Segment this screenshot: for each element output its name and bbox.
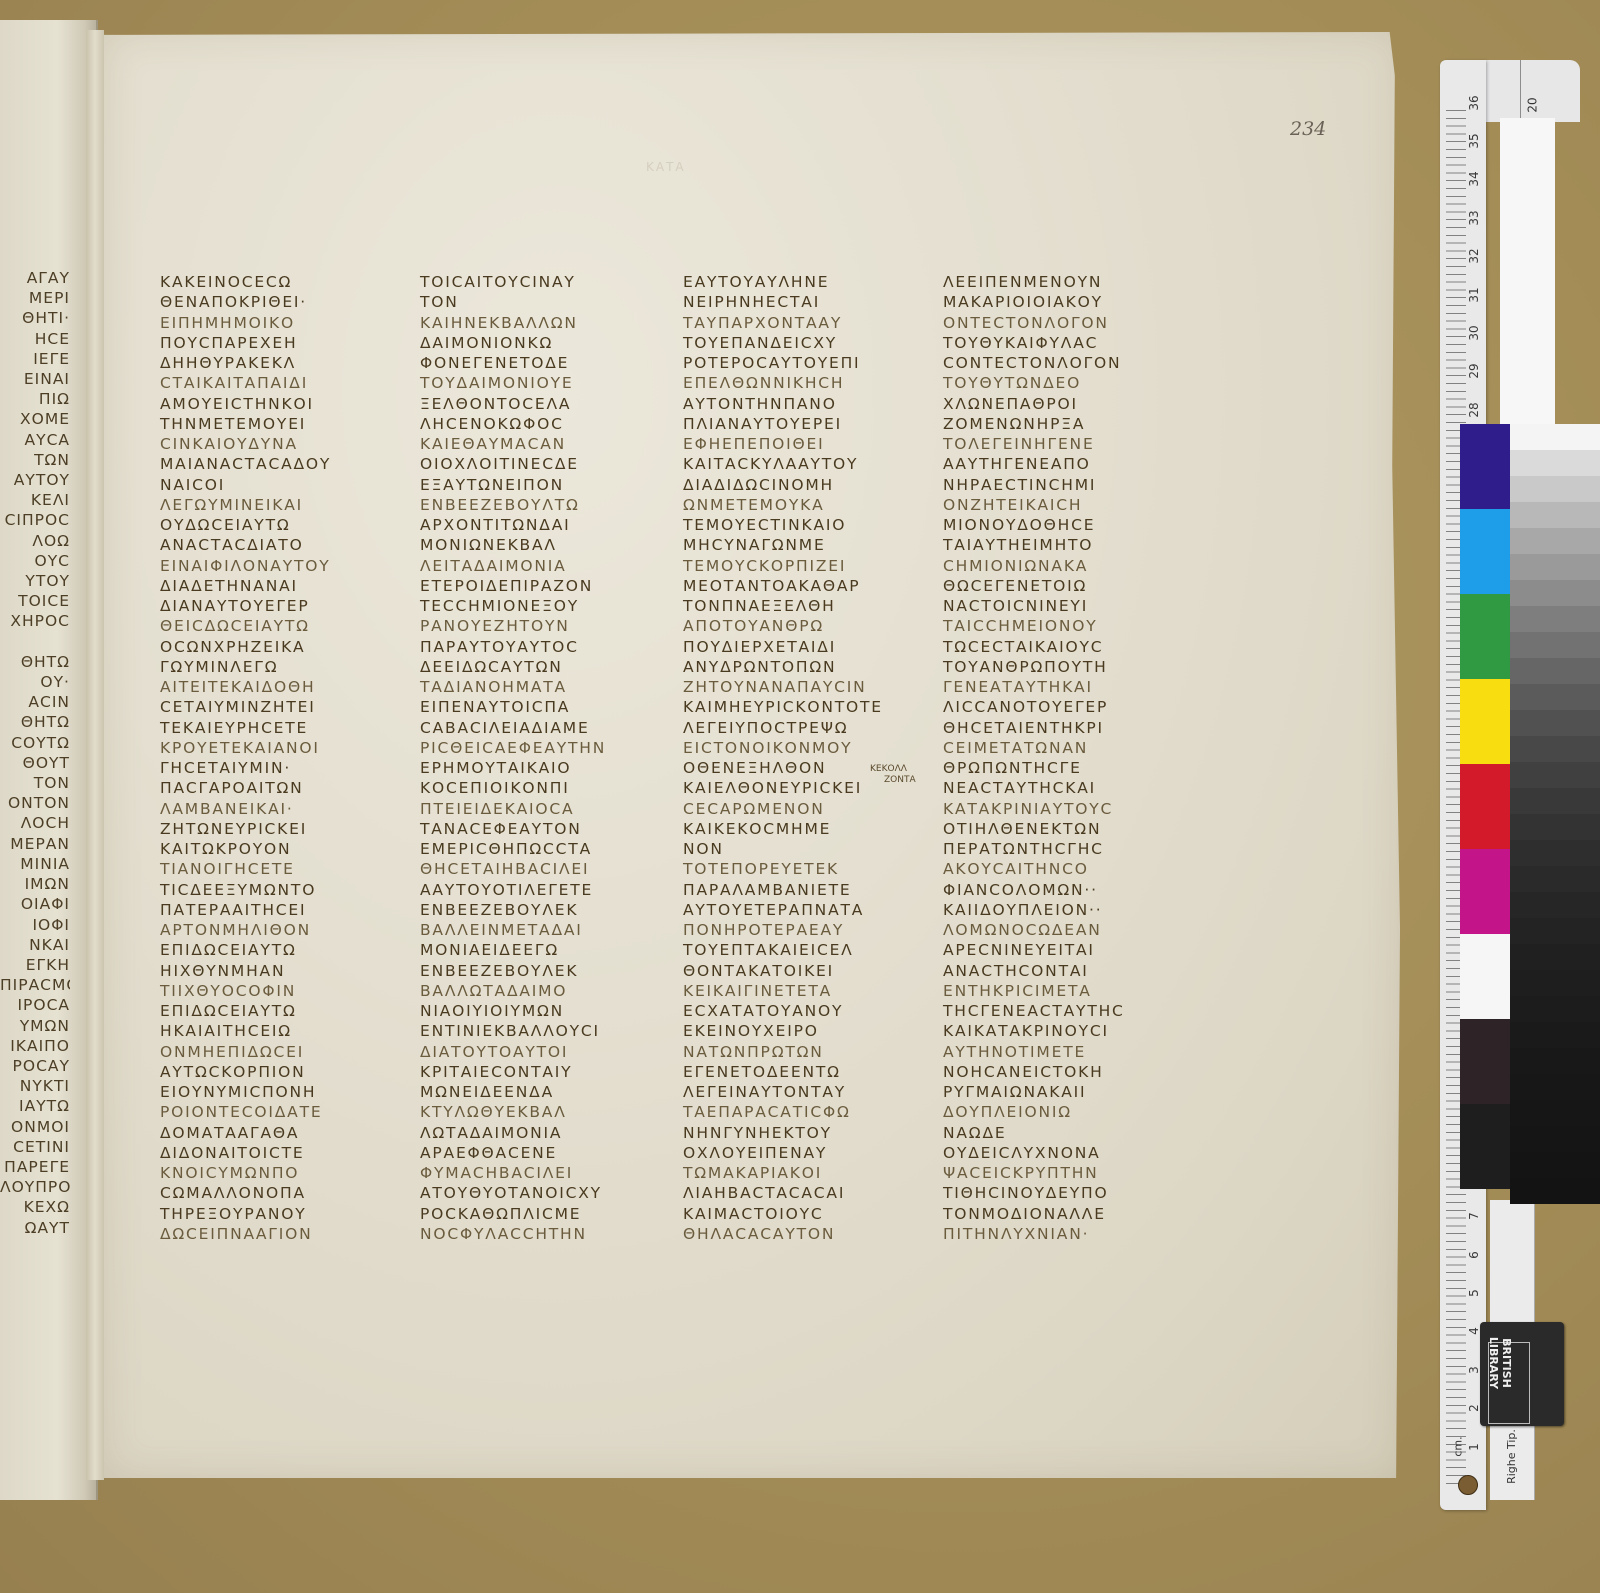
gray-step	[1510, 1022, 1600, 1048]
left-folio-line: ΛΟΩ	[0, 531, 70, 551]
gray-step	[1510, 632, 1600, 658]
gray-step	[1510, 1100, 1600, 1126]
text-column-3: ΕΑΥΤΟΥΑΥΛΗΝΕΝΕΙΡΗΝΗΕCΤΑΙΤΑΥΠΑΡΧΟΝΤΑΑΥΤΟΥ…	[683, 272, 923, 1244]
manuscript-line: ΟΧΛΟΥΕΙΠΕΝΑΥ	[683, 1143, 923, 1163]
ruler-corner-label: 20	[1526, 97, 1540, 112]
color-swatch-black	[1460, 1104, 1515, 1189]
manuscript-line: ΟCΩΝΧΡΗΖΕΙΚΑ	[160, 637, 400, 657]
manuscript-line: ΤΟΝΜΟΔΙΟΝΑΛΛΕ	[943, 1204, 1183, 1224]
manuscript-line: ΝΑCΤΟΙCΝΙΝΕΥΙ	[943, 596, 1183, 616]
left-folio-line: ΑΓΑΥ	[0, 268, 70, 288]
manuscript-line: ΠΕΡΑΤΩΝΤΗCΓΗC	[943, 839, 1183, 859]
text-column-4: ΛΕΕΙΠΕΝΜΕΝΟΥΝΜΑΚΑΡΙΟΙΟΙΑΚΟΥΟΝΤΕCΤΟΝΛΟΓΟΝ…	[943, 272, 1183, 1244]
manuscript-line: CΑΒΑCΙΛΕΙΑΔΙΑΜΕ	[420, 718, 660, 738]
manuscript-line: ΑΥΤΟΝΤΗΝΠΑΝΟ	[683, 394, 923, 414]
manuscript-line: ΑΑΥΤΗΓΕΝΕΑΠΟ	[943, 454, 1183, 474]
manuscript-line: ΤΑΕΠΑΡΑCΑΤΙCΦΩ	[683, 1102, 923, 1122]
manuscript-line: ΔΩCΕΙΠΝΑΑΓΙΟΝ	[160, 1224, 400, 1244]
manuscript-line: ΕΙCΤΟΝΟΙΚΟΝΜΟΥ	[683, 738, 923, 758]
manuscript-line: ΚΑΙΜΑCΤΟΙΟΥC	[683, 1204, 923, 1224]
left-folio-line: CΕΤΙΝΙ	[0, 1137, 70, 1157]
manuscript-line: ΤΕCCΗΜΙΟΝΕΞΟΥ	[420, 596, 660, 616]
left-folio-line: ΛΟΥΠΡΟ	[0, 1177, 70, 1197]
manuscript-line: ΠΑΡΑΛΑΜΒΑΝΙΕΤΕ	[683, 880, 923, 900]
righe-tip-label: Righe Tip.	[1505, 1429, 1518, 1484]
manuscript-line: ΕΑΥΤΟΥΑΥΛΗΝΕ	[683, 272, 923, 292]
left-folio-line: COΥΤΩ	[0, 733, 70, 753]
left-folio-line: ΠΙΩ	[0, 389, 70, 409]
margin-note-line-1: ΚΕΚΟΛΛ	[870, 764, 907, 774]
manuscript-line: ΝΟCΦΥΛΑCCΗΤΗΝ	[420, 1224, 660, 1244]
manuscript-line: ΤΟΥΘΥΚΑΙΦΥΛΑC	[943, 333, 1183, 353]
manuscript-line: ΕΙΝΑΙΦΙΛΟΝΑΥΤΟΥ	[160, 556, 400, 576]
gray-step	[1510, 944, 1600, 970]
left-folio-line: ΚΕΛΙ	[0, 490, 70, 510]
ruler-cm-label: 28	[1467, 400, 1481, 420]
left-folio-line	[0, 632, 70, 652]
ruler-cm-label: 3	[1467, 1360, 1481, 1380]
left-folio-line: ΥΤΟΥ	[0, 571, 70, 591]
manuscript-line: ΟΥΔΩCΕΙΑΥΤΩ	[160, 515, 400, 535]
left-folio-line: ΙΟΦΙ	[0, 915, 70, 935]
manuscript-line: ΔΙΔΟΝΑΙΤΟΙCΤΕ	[160, 1143, 400, 1163]
gray-step	[1510, 970, 1600, 996]
ruler-top-divider: 20	[1520, 60, 1579, 122]
gray-step	[1510, 736, 1600, 762]
left-folio-line: ΟΥ·	[0, 672, 70, 692]
manuscript-line: ΤΙΑΝΟΙΓΗCΕΤΕ	[160, 859, 400, 879]
left-folio-line: ΧΟΜΕ	[0, 409, 70, 429]
manuscript-line: ΛΙCCΑΝΟΤΟΥΕΓΕΡ	[943, 697, 1183, 717]
manuscript-line: ΕΙΟΥΝΥΜΙCΠΟΝΗ	[160, 1082, 400, 1102]
manuscript-line: ΘΕΝΑΠΟΚΡΙΘΕΙ·	[160, 292, 400, 312]
manuscript-line: ΕΤΕΡΟΙΔΕΠΙΡΑΖΟΝ	[420, 576, 660, 596]
manuscript-line: ΑΙΤΕΙΤΕΚΑΙΔΟΘΗ	[160, 677, 400, 697]
manuscript-line: ΔΟΜΑΤΑΑΓΑΘΑ	[160, 1123, 400, 1143]
color-swatch-blue-violet	[1460, 424, 1515, 509]
manuscript-line: ΖΗΤΩΝΕΥΡΙCΚΕΙ	[160, 819, 400, 839]
manuscript-line: ΡΥΓΜΑΙΩΝΑΚΑΙΙ	[943, 1082, 1183, 1102]
manuscript-line: ΛΕΓΩΥΜΙΝΕΙΚΑΙ	[160, 495, 400, 515]
manuscript-line: ΚΑΙΤΑCΚΥΛΑΑΥΤΟΥ	[683, 454, 923, 474]
manuscript-line: ΤΩΜΑΚΑΡΙΑΚΟΙ	[683, 1163, 923, 1183]
manuscript-line: ΘΗCΕΤΑΙΗΒΑCΙΛΕΙ	[420, 859, 660, 879]
gray-step	[1510, 502, 1600, 528]
manuscript-line: ΡΟΤΕΡΟCΑΥΤΟΥΕΠΙ	[683, 353, 923, 373]
manuscript-line: CΟΝΤΕCΤΟΝΛΟΓΟΝ	[943, 353, 1183, 373]
manuscript-line: ΤΟΝ	[420, 292, 660, 312]
gray-step	[1510, 606, 1600, 632]
gray-step	[1510, 918, 1600, 944]
manuscript-line: ΛΕΓΕΙΝΑΥΤΟΝΤΑΥ	[683, 1082, 923, 1102]
left-folio-line: ΙΜΩΝ	[0, 874, 70, 894]
manuscript-line: ΠΟΥΔΙΕΡΧΕΤΑΙΔΙ	[683, 637, 923, 657]
left-folio-line: ΜΕΡΑΝ	[0, 834, 70, 854]
manuscript-line: ΝΟΗCΑΝΕΙCΤΟΚΗ	[943, 1062, 1183, 1082]
manuscript-line: ΕΝΤΗΚΡΙCΙΜΕΤΑ	[943, 981, 1183, 1001]
manuscript-line: ΜΟΝΙΩΝΕΚΒΑΛ	[420, 535, 660, 555]
left-folio-line: ΚΕΧΩ	[0, 1197, 70, 1217]
manuscript-line: ΚΕΙΚΑΙΓΙΝΕΤΕΤΑ	[683, 981, 923, 1001]
left-folio-line: ΩΑΥΤ	[0, 1218, 70, 1238]
manuscript-line: CΕΤΑΙΥΜΙΝΖΗΤΕΙ	[160, 697, 400, 717]
left-folio-line: ΠΙΡΑCΜΟ	[0, 975, 70, 995]
left-folio-line: ΑΥCΑ	[0, 430, 70, 450]
manuscript-line: ΖΗΤΟΥΝΑΝΑΠΑΥCΙΝ	[683, 677, 923, 697]
text-column-1: ΚΑΚΕΙΝΟCΕCΩΘΕΝΑΠΟΚΡΙΘΕΙ·ΕΙΠΗΜΗΜΟΙΚΟΠΟΥCΠ…	[160, 272, 400, 1244]
manuscript-line: ΤΑΙCCΗΜΕΙΟΝΟΥ	[943, 616, 1183, 636]
manuscript-line: ΤΕΚΑΙΕΥΡΗCΕΤΕ	[160, 718, 400, 738]
left-folio-line: ΗCΕ	[0, 329, 70, 349]
left-folio-line: ΟΙΑΦΙ	[0, 894, 70, 914]
manuscript-line: ΠΛΙΑΝΑΥΤΟΥΕΡΕΙ	[683, 414, 923, 434]
manuscript-line: CΕΙΜΕΤΑΤΩΝΑΝ	[943, 738, 1183, 758]
manuscript-line: ΚΑΙΕΘΑΥΜΑCΑΝ	[420, 434, 660, 454]
manuscript-line: ΛΕΕΙΠΕΝΜΕΝΟΥΝ	[943, 272, 1183, 292]
manuscript-line: ΦΟΝΕΓΕΝΕΤΟΔΕ	[420, 353, 660, 373]
ruler-cm-label: 29	[1467, 361, 1481, 381]
manuscript-line: ΚΝΟΙCΥΜΩΝΠΟ	[160, 1163, 400, 1183]
manuscript-line: ΜΗCΥΝΑΓΩΝΜΕ	[683, 535, 923, 555]
gray-step	[1510, 424, 1600, 450]
manuscript-line: ΟΝΤΕCΤΟΝΛΟΓΟΝ	[943, 313, 1183, 333]
manuscript-line: ΤΩCΕCΤΑΙΚΑΙΟΥC	[943, 637, 1183, 657]
manuscript-line: ΤΗΝΜΕΤΕΜΟΥΕΙ	[160, 414, 400, 434]
manuscript-line: ΘΟΝΤΑΚΑΤΟΙΚΕΙ	[683, 961, 923, 981]
left-folio-line: ΘΗΤΙ·	[0, 308, 70, 328]
left-folio-line: ΕΓΚΗ	[0, 955, 70, 975]
manuscript-line: ΕΡΗΜΟΥΤΑΙΚΑΙΟ	[420, 758, 660, 778]
manuscript-line: ΤΟΥΑΝΘΡΩΠΟΥΤΗ	[943, 657, 1183, 677]
gray-step	[1510, 1048, 1600, 1074]
manuscript-line: ΚΑΙΚΑΤΑΚΡΙΝΟΥCΙ	[943, 1021, 1183, 1041]
gray-step	[1510, 658, 1600, 684]
ruler-unit-label: cm.	[1452, 1436, 1465, 1456]
manuscript-line: ΠΟΝΗΡΟΤΕΡΑΕΑΥ	[683, 920, 923, 940]
manuscript-line: ΤΟΙCΑΙΤΟΥCΙΝΑΥ	[420, 272, 660, 292]
ruler-cm-label: 5	[1467, 1283, 1481, 1303]
manuscript-line: ΝΕΙΡΗΝΗΕCΤΑΙ	[683, 292, 923, 312]
manuscript-line: ΦΥΜΑCΗΒΑCΙΛΕΙ	[420, 1163, 660, 1183]
manuscript-line: ΔΙΑΤΟΥΤΟΑΥΤΟΙ	[420, 1042, 660, 1062]
left-folio-line: ΜΙΝΙΑ	[0, 854, 70, 874]
manuscript-line: ΤΟΛΕΓΕΙΝΗΓΕΝΕ	[943, 434, 1183, 454]
left-folio-line: ΙΑΥΤΩ	[0, 1096, 70, 1116]
left-folio-line: ΙΕΓΕ	[0, 349, 70, 369]
manuscript-line: ΜΑΙΑΝΑCΤΑCΑΔΟΥ	[160, 454, 400, 474]
left-folio-line: ΡΟCΑΥ	[0, 1056, 70, 1076]
manuscript-line: ΛΩΤΑΔΑΙΜΟΝΙΑ	[420, 1123, 660, 1143]
manuscript-line: ΕΙΠΗΜΗΜΟΙΚΟ	[160, 313, 400, 333]
folio-number: 234	[1290, 118, 1326, 140]
ruler-cm-label: 6	[1467, 1245, 1481, 1265]
manuscript-line: ΟΤΙΗΛΘΕΝΕΚΤΩΝ	[943, 819, 1183, 839]
gray-step	[1510, 450, 1600, 476]
manuscript-line: ΤΙΙΧΘΥΟCΟΦΙΝ	[160, 981, 400, 1001]
color-swatch-red	[1460, 764, 1515, 849]
manuscript-line: ΕΝΒΕΕΖΕΒΟΥΛΤΩ	[420, 495, 660, 515]
gray-step	[1510, 580, 1600, 606]
manuscript-line: ΛΕΓΕΙΥΠΟCΤΡΕΨΩ	[683, 718, 923, 738]
manuscript-line: ΕΠΕΛΘΩΝΝΙΚΗCΗ	[683, 373, 923, 393]
manuscript-line: ΞΕΛΘΟΝΤΟCΕΛΑ	[420, 394, 660, 414]
manuscript-line: CΩΜΑΛΛΟΝΟΠΑ	[160, 1183, 400, 1203]
manuscript-line: ΕΙΠΕΝΑΥΤΟΙCΠΑ	[420, 697, 660, 717]
gray-step	[1510, 866, 1600, 892]
manuscript-line: ΔΗΗΘΥΡΑΚΕΚΛ	[160, 353, 400, 373]
margin-note-line-2: ΖΟΝΤΑ	[870, 775, 916, 785]
manuscript-line: ΡΙCΘΕΙCΑΕΦΕΑΥΤΗΝ	[420, 738, 660, 758]
manuscript-line: ΑΜΟΥΕΙCΤΗΝΚΟΙ	[160, 394, 400, 414]
manuscript-line: ΘΩCΕΓΕΝΕΤΟΙΩ	[943, 576, 1183, 596]
manuscript-line: ΗΙΧΘΥΝΜΗΑΝ	[160, 961, 400, 981]
manuscript-line: ΘΕΙCΔΩCΕΙΑΥΤΩ	[160, 616, 400, 636]
manuscript-line: ΑΚΟΥCΑΙΤΗΝCΟ	[943, 859, 1183, 879]
binding-edge	[86, 30, 104, 1480]
left-folio-line: ΠΑΡΕΓΕ	[0, 1157, 70, 1177]
color-swatch-yellow	[1460, 679, 1515, 764]
left-folio-line: ΙΚΑΙΠΟ	[0, 1036, 70, 1056]
left-folio-line: ΜΕΡΙ	[0, 288, 70, 308]
manuscript-line: ΩΝΜΕΤΕΜΟΥΚΑ	[683, 495, 923, 515]
gray-step	[1510, 1074, 1600, 1100]
manuscript-line: ΑΥΤΗΝΟΤΙΜΕΤΕ	[943, 1042, 1183, 1062]
manuscript-line: ΑΡΑΕΦΘΑCΕΝΕ	[420, 1143, 660, 1163]
manuscript-line: ΜΑΚΑΡΙΟΙΟΙΑΚΟΥ	[943, 292, 1183, 312]
manuscript-line: ΑΡΤΟΝΜΗΛΙΘΟΝ	[160, 920, 400, 940]
left-folio-line: ΤΟΝ	[0, 773, 70, 793]
manuscript-line: CΗΜΙΟΝΙΩΝΑΚΑ	[943, 556, 1183, 576]
gray-step	[1510, 684, 1600, 710]
gray-step	[1510, 788, 1600, 814]
manuscript-line: ΝΗΡΑΕCΤΙΝCΗΜΙ	[943, 475, 1183, 495]
manuscript-line: ΕΝΤΙΝΙΕΚΒΑΛΛΟΥCΙ	[420, 1021, 660, 1041]
ruler-cm-label: 36	[1467, 93, 1481, 113]
manuscript-line: ΠΑΤΕΡΑΑΙΤΗCΕΙ	[160, 900, 400, 920]
manuscript-line: ΠΙΤΗΝΛΥΧΝΙΑΝ·	[943, 1224, 1183, 1244]
ruler-cm-label: 30	[1467, 323, 1481, 343]
manuscript-line: ΕΜΕΡΙCΘΗΠΩCCΤΑ	[420, 839, 660, 859]
gray-step	[1510, 710, 1600, 736]
manuscript-line: ΤΕΜΟΥCΚΟΡΠΙΖΕΙ	[683, 556, 923, 576]
manuscript-line: ΛΕΙΤΑΔΑΙΜΟΝΙΑ	[420, 556, 660, 576]
manuscript-line: ΜΟΝΙΑΕΙΔΕΕΓΩ	[420, 940, 660, 960]
manuscript-line: ΓΩΥΜΙΝΛΕΓΩ	[160, 657, 400, 677]
ruler-cm-label: 33	[1467, 208, 1481, 228]
manuscript-line: ΡΟΙΟΝΤΕCΟΙΔΑΤΕ	[160, 1102, 400, 1122]
manuscript-line: ΠΑCΓΑΡΟΑΙΤΩΝ	[160, 778, 400, 798]
ruler-cm-label: 31	[1467, 285, 1481, 305]
manuscript-line: ΠΤΕΙΕΙΔΕΚΑΙΟCΑ	[420, 799, 660, 819]
color-swatch-magenta	[1460, 849, 1515, 934]
manuscript-line: ΘΗΛΑCΑCΑΥΤΟΝ	[683, 1224, 923, 1244]
manuscript-line: ΤΑΙΑΥΤΗΕΙΜΗΤΟ	[943, 535, 1183, 555]
manuscript-line: CΙΝΚΑΙΟΥΔΥΝΑ	[160, 434, 400, 454]
left-folio-line: ΟΥC	[0, 551, 70, 571]
manuscript-line: ΝΕΑCΤΑΥΤΗCΚΑΙ	[943, 778, 1183, 798]
manuscript-line: ΚΤΥΛΩΘΥΕΚΒΑΛ	[420, 1102, 660, 1122]
left-folio-line: ΤΟΙCΕ	[0, 591, 70, 611]
manuscript-line: ΓΕΝΕΑΤΑΥΤΗΚΑΙ	[943, 677, 1183, 697]
manuscript-line: ΚΑΚΕΙΝΟCΕCΩ	[160, 272, 400, 292]
manuscript-line: ΤΟΥΕΠΑΝΔΕΙCΧΥ	[683, 333, 923, 353]
manuscript-line: ΤΑΔΙΑΝΟΗΜΑΤΑ	[420, 677, 660, 697]
manuscript-line: ΤΗΡΕΞΟΥΡΑΝΟΥ	[160, 1204, 400, 1224]
manuscript-line: ΝΗΝΓΥΝΗΕΚΤΟΥ	[683, 1123, 923, 1143]
manuscript-line: ΕΠΙΔΩCΕΙΑΥΤΩ	[160, 940, 400, 960]
margin-note: ΚΕΚΟΛΛ ΖΟΝΤΑ	[870, 764, 916, 786]
left-folio-line: ΘΗΤΩ	[0, 712, 70, 732]
manuscript-line: ΝΑΩΔΕ	[943, 1123, 1183, 1143]
ruler-cm-label: 4	[1467, 1321, 1481, 1341]
manuscript-line: CΕCΑΡΩΜΕΝΟΝ	[683, 799, 923, 819]
manuscript-line: ΗΚΑΙΑΙΤΗCΕΙΩ	[160, 1021, 400, 1041]
manuscript-line: ΔΙΑΔΕΤΗΝΑΝΑΙ	[160, 576, 400, 596]
manuscript-line: ΤΑΝΑCΕΦΕΑΥΤΟΝ	[420, 819, 660, 839]
manuscript-line: ΚΟCΕΠΙΟΙΚΟΝΠΙ	[420, 778, 660, 798]
manuscript-line: ΕΝΒΕΕΖΕΒΟΥΛΕΚ	[420, 961, 660, 981]
manuscript-line: ΝΑΙCΟΙ	[160, 475, 400, 495]
manuscript-line: ΔΙΑΝΑΥΤΟΥΕΓΕΡ	[160, 596, 400, 616]
manuscript-line: ΤΟΥΘΥΤΩΝΔΕΟ	[943, 373, 1183, 393]
manuscript-line: ΑΝΑCΤΑCΔΙΑΤΟ	[160, 535, 400, 555]
manuscript-line: ΜΩΝΕΙΔΕΕΝΔΑ	[420, 1082, 660, 1102]
gray-step	[1510, 1152, 1600, 1178]
badge-line-2: LIBRARY	[1487, 1337, 1500, 1389]
manuscript-line: ΨΑCΕΙCΚΡΥΠΤΗΝ	[943, 1163, 1183, 1183]
manuscript-line: ΔΟΥΠΛΕΙΟΝΙΩ	[943, 1102, 1183, 1122]
gray-step	[1510, 528, 1600, 554]
manuscript-line: ΤΙCΔΕΕΞΥΜΩΝΤΟ	[160, 880, 400, 900]
ruler-cm-label: 32	[1467, 246, 1481, 266]
running-head: ΚΑΤΑ	[646, 160, 686, 174]
manuscript-line: ΤΕΜΟΥΕCΤΙΝΚΑΙΟ	[683, 515, 923, 535]
left-folio-line: ΘΟΥΤ	[0, 753, 70, 773]
manuscript-line: ΡΟCΚΑΘΩΠΛΙCΜΕ	[420, 1204, 660, 1224]
manuscript-line: ΑΝΥΔΡΩΝΤΟΠΩΝ	[683, 657, 923, 677]
left-folio-line: ΝΚΑΙ	[0, 935, 70, 955]
manuscript-line: ΤΗCΓΕΝΕΑCΤΑΥΤΗC	[943, 1001, 1183, 1021]
manuscript-line: ΑΤΟΥΘΥΟΤΑΝΟΙCΧΥ	[420, 1183, 660, 1203]
manuscript-line: ΚΡΟΥΕΤΕΚΑΙΑΝΟΙ	[160, 738, 400, 758]
gray-step	[1510, 996, 1600, 1022]
manuscript-line: ΤΟΥΔΑΙΜΟΝΙΟΥΕ	[420, 373, 660, 393]
manuscript-line: ΝΑΤΩΝΠΡΩΤΩΝ	[683, 1042, 923, 1062]
gray-step	[1510, 476, 1600, 502]
manuscript-line: ΔΑΙΜΟΝΙΟΝΚΩ	[420, 333, 660, 353]
left-folio-text: ΑΓΑΥΜΕΡΙΘΗΤΙ·ΗCΕΙΕΓΕΕΙΝΑΙΠΙΩΧΟΜΕΑΥCΑΤΩΝΑ…	[0, 268, 70, 1238]
manuscript-line: ΤΟΝΠΝΑΕΞΕΛΘΗ	[683, 596, 923, 616]
manuscript-line: ΟΝΖΗΤΕΙΚΑΙCΗ	[943, 495, 1183, 515]
left-folio-line: ΧΗΡΟC	[0, 611, 70, 631]
left-folio-line: ΝΥΚΤΙ	[0, 1076, 70, 1096]
manuscript-line: ΝΙΑΟΙΥΙΟΙΥΜΩΝ	[420, 1001, 660, 1021]
left-folio-line: ΟΝΜΟΙ	[0, 1117, 70, 1137]
manuscript-line: ΕΦΗΕΠΕΠΟΙΘΕΙ	[683, 434, 923, 454]
manuscript-line: ΟΝΜΗΕΠΙΔΩCΕΙ	[160, 1042, 400, 1062]
manuscript-line: ΤΟΤΕΠΟΡΕΥΕΤΕΚ	[683, 859, 923, 879]
manuscript-line: ΚΑΙΙΔΟΥΠΛΕΙΟΝ··	[943, 900, 1183, 920]
manuscript-line: CΤΑΙΚΑΙΤΑΠΑΙΔΙ	[160, 373, 400, 393]
manuscript-line: ΠΑΡΑΥΤΟΥΑΥΤΟC	[420, 637, 660, 657]
left-folio-line: ΘΗΤΩ	[0, 652, 70, 672]
british-library-badge: BRITISH LIBRARY	[1480, 1322, 1564, 1426]
manuscript-line: ΑΠΟΤΟΥΑΝΘΡΩ	[683, 616, 923, 636]
ruler-hole	[1458, 1475, 1478, 1495]
manuscript-line: ΝΟΝ	[683, 839, 923, 859]
color-swatch-white	[1460, 934, 1515, 1019]
manuscript-line: ΕΓΕΝΕΤΟΔΕΕΝΤΩ	[683, 1062, 923, 1082]
manuscript-line: ΚΑΙΗΝΕΚΒΑΛΛΩΝ	[420, 313, 660, 333]
color-swatch-dark-brown	[1460, 1019, 1515, 1104]
badge-text: BRITISH LIBRARY	[1487, 1321, 1513, 1405]
ruler-cm-label: 34	[1467, 169, 1481, 189]
left-folio-line: CΙΠΡΟC	[0, 510, 70, 530]
left-folio-line: ΕΙΝΑΙ	[0, 369, 70, 389]
manuscript-line: ΕΝΒΕΕΖΕΒΟΥΛΕΚ	[420, 900, 660, 920]
left-folio-line: ΟΝΤΟΝ	[0, 793, 70, 813]
ruler-cm-label: 1	[1467, 1437, 1481, 1457]
manuscript-line: ΧΛΩΝΕΠΑΘΡΟΙ	[943, 394, 1183, 414]
manuscript-line: ΤΟΥΕΠΤΑΚΑΙΕΙCΕΛ	[683, 940, 923, 960]
left-folio-line: ΑCΙΝ	[0, 692, 70, 712]
ruler-white-strip	[1500, 118, 1555, 428]
manuscript-line: ΟΥΔΕΙCΛΥΧΝΟΝΑ	[943, 1143, 1183, 1163]
manuscript-line: ΑΡΧΟΝΤΙΤΩΝΔΑΙ	[420, 515, 660, 535]
gray-step	[1510, 1178, 1600, 1204]
manuscript-line: ΑΑΥΤΟΥΟΤΙΛΕΓΕΤΕ	[420, 880, 660, 900]
left-folio-line: ΥΜΩΝ	[0, 1016, 70, 1036]
manuscript-line: ΚΡΙΤΑΙΕCΟΝΤΑΙΥ	[420, 1062, 660, 1082]
manuscript-line: ΒΑΛΛΕΙΝΜΕΤΑΔΑΙ	[420, 920, 660, 940]
ruler-cm-label: 35	[1467, 131, 1481, 151]
manuscript-line: ΡΑΝΟΥΕΖΗΤΟΥΝ	[420, 616, 660, 636]
gray-step	[1510, 1126, 1600, 1152]
manuscript-line: ΕCΧΑΤΑΤΟΥΑΝΟΥ	[683, 1001, 923, 1021]
manuscript-line: ΠΟΥCΠΑΡΕΧΕΗ	[160, 333, 400, 353]
manuscript-line: ΤΙΘΗCΙΝΟΥΔΕΥΠΟ	[943, 1183, 1183, 1203]
manuscript-line: ΒΑΛΛΩΤΑΔΑΙΜΟ	[420, 981, 660, 1001]
gray-scale-chart	[1510, 424, 1600, 1204]
gray-step	[1510, 892, 1600, 918]
manuscript-line: ΚΑΙΚΕΚΟCΜΗΜΕ	[683, 819, 923, 839]
text-column-2: ΤΟΙCΑΙΤΟΥCΙΝΑΥΤΟΝΚΑΙΗΝΕΚΒΑΛΛΩΝΔΑΙΜΟΝΙΟΝΚ…	[420, 272, 660, 1244]
manuscript-line: ΘΡΩΠΩΝΤΗCΓΕ	[943, 758, 1183, 778]
manuscript-line: ΕΞΑΥΤΩΝΕΙΠΟΝ	[420, 475, 660, 495]
left-folio-line: ΤΩΝ	[0, 450, 70, 470]
manuscript-line: ΛΟΜΩΝΟCΩΔΕΑΝ	[943, 920, 1183, 940]
color-swatch-green	[1460, 594, 1515, 679]
manuscript-line: ΕΠΙΔΩCΕΙΑΥΤΩ	[160, 1001, 400, 1021]
manuscript-line: ΚΑΙΜΗΕΥΡΙCΚΟΝΤΟΤΕ	[683, 697, 923, 717]
gray-step	[1510, 554, 1600, 580]
manuscript-line: ΓΗCΕΤΑΙΥΜΙΝ·	[160, 758, 400, 778]
manuscript-line: ΜΙΟΝΟΥΔΟΘΗCΕ	[943, 515, 1183, 535]
left-folio-line: ΙΡΟCΑ	[0, 995, 70, 1015]
manuscript-line: ΚΑΙΤΩΚΡΟΥΟΝ	[160, 839, 400, 859]
badge-line-1: BRITISH	[1500, 1338, 1513, 1388]
manuscript-line: ΑΡΕCΝΙΝΕΥΕΙΤΑΙ	[943, 940, 1183, 960]
gray-step	[1510, 762, 1600, 788]
ruler-cm-label: 7	[1467, 1206, 1481, 1226]
manuscript-line: ΔΕΕΙΔΩCΑΥΤΩΝ	[420, 657, 660, 677]
manuscript-line: ΘΗCΕΤΑΙΕΝΤΗΚΡΙ	[943, 718, 1183, 738]
manuscript-line: ΚΑΤΑΚΡΙΝΙΑΥΤΟΥC	[943, 799, 1183, 819]
color-swatch-cyan	[1460, 509, 1515, 594]
manuscript-line: ΦΙΑΝCΟΛΟΜΩΝ··	[943, 880, 1183, 900]
manuscript-line: ΤΑΥΠΑΡΧΟΝΤΑΑΥ	[683, 313, 923, 333]
manuscript-line: ΜΕΟΤΑΝΤΟΑΚΑΘΑΡ	[683, 576, 923, 596]
